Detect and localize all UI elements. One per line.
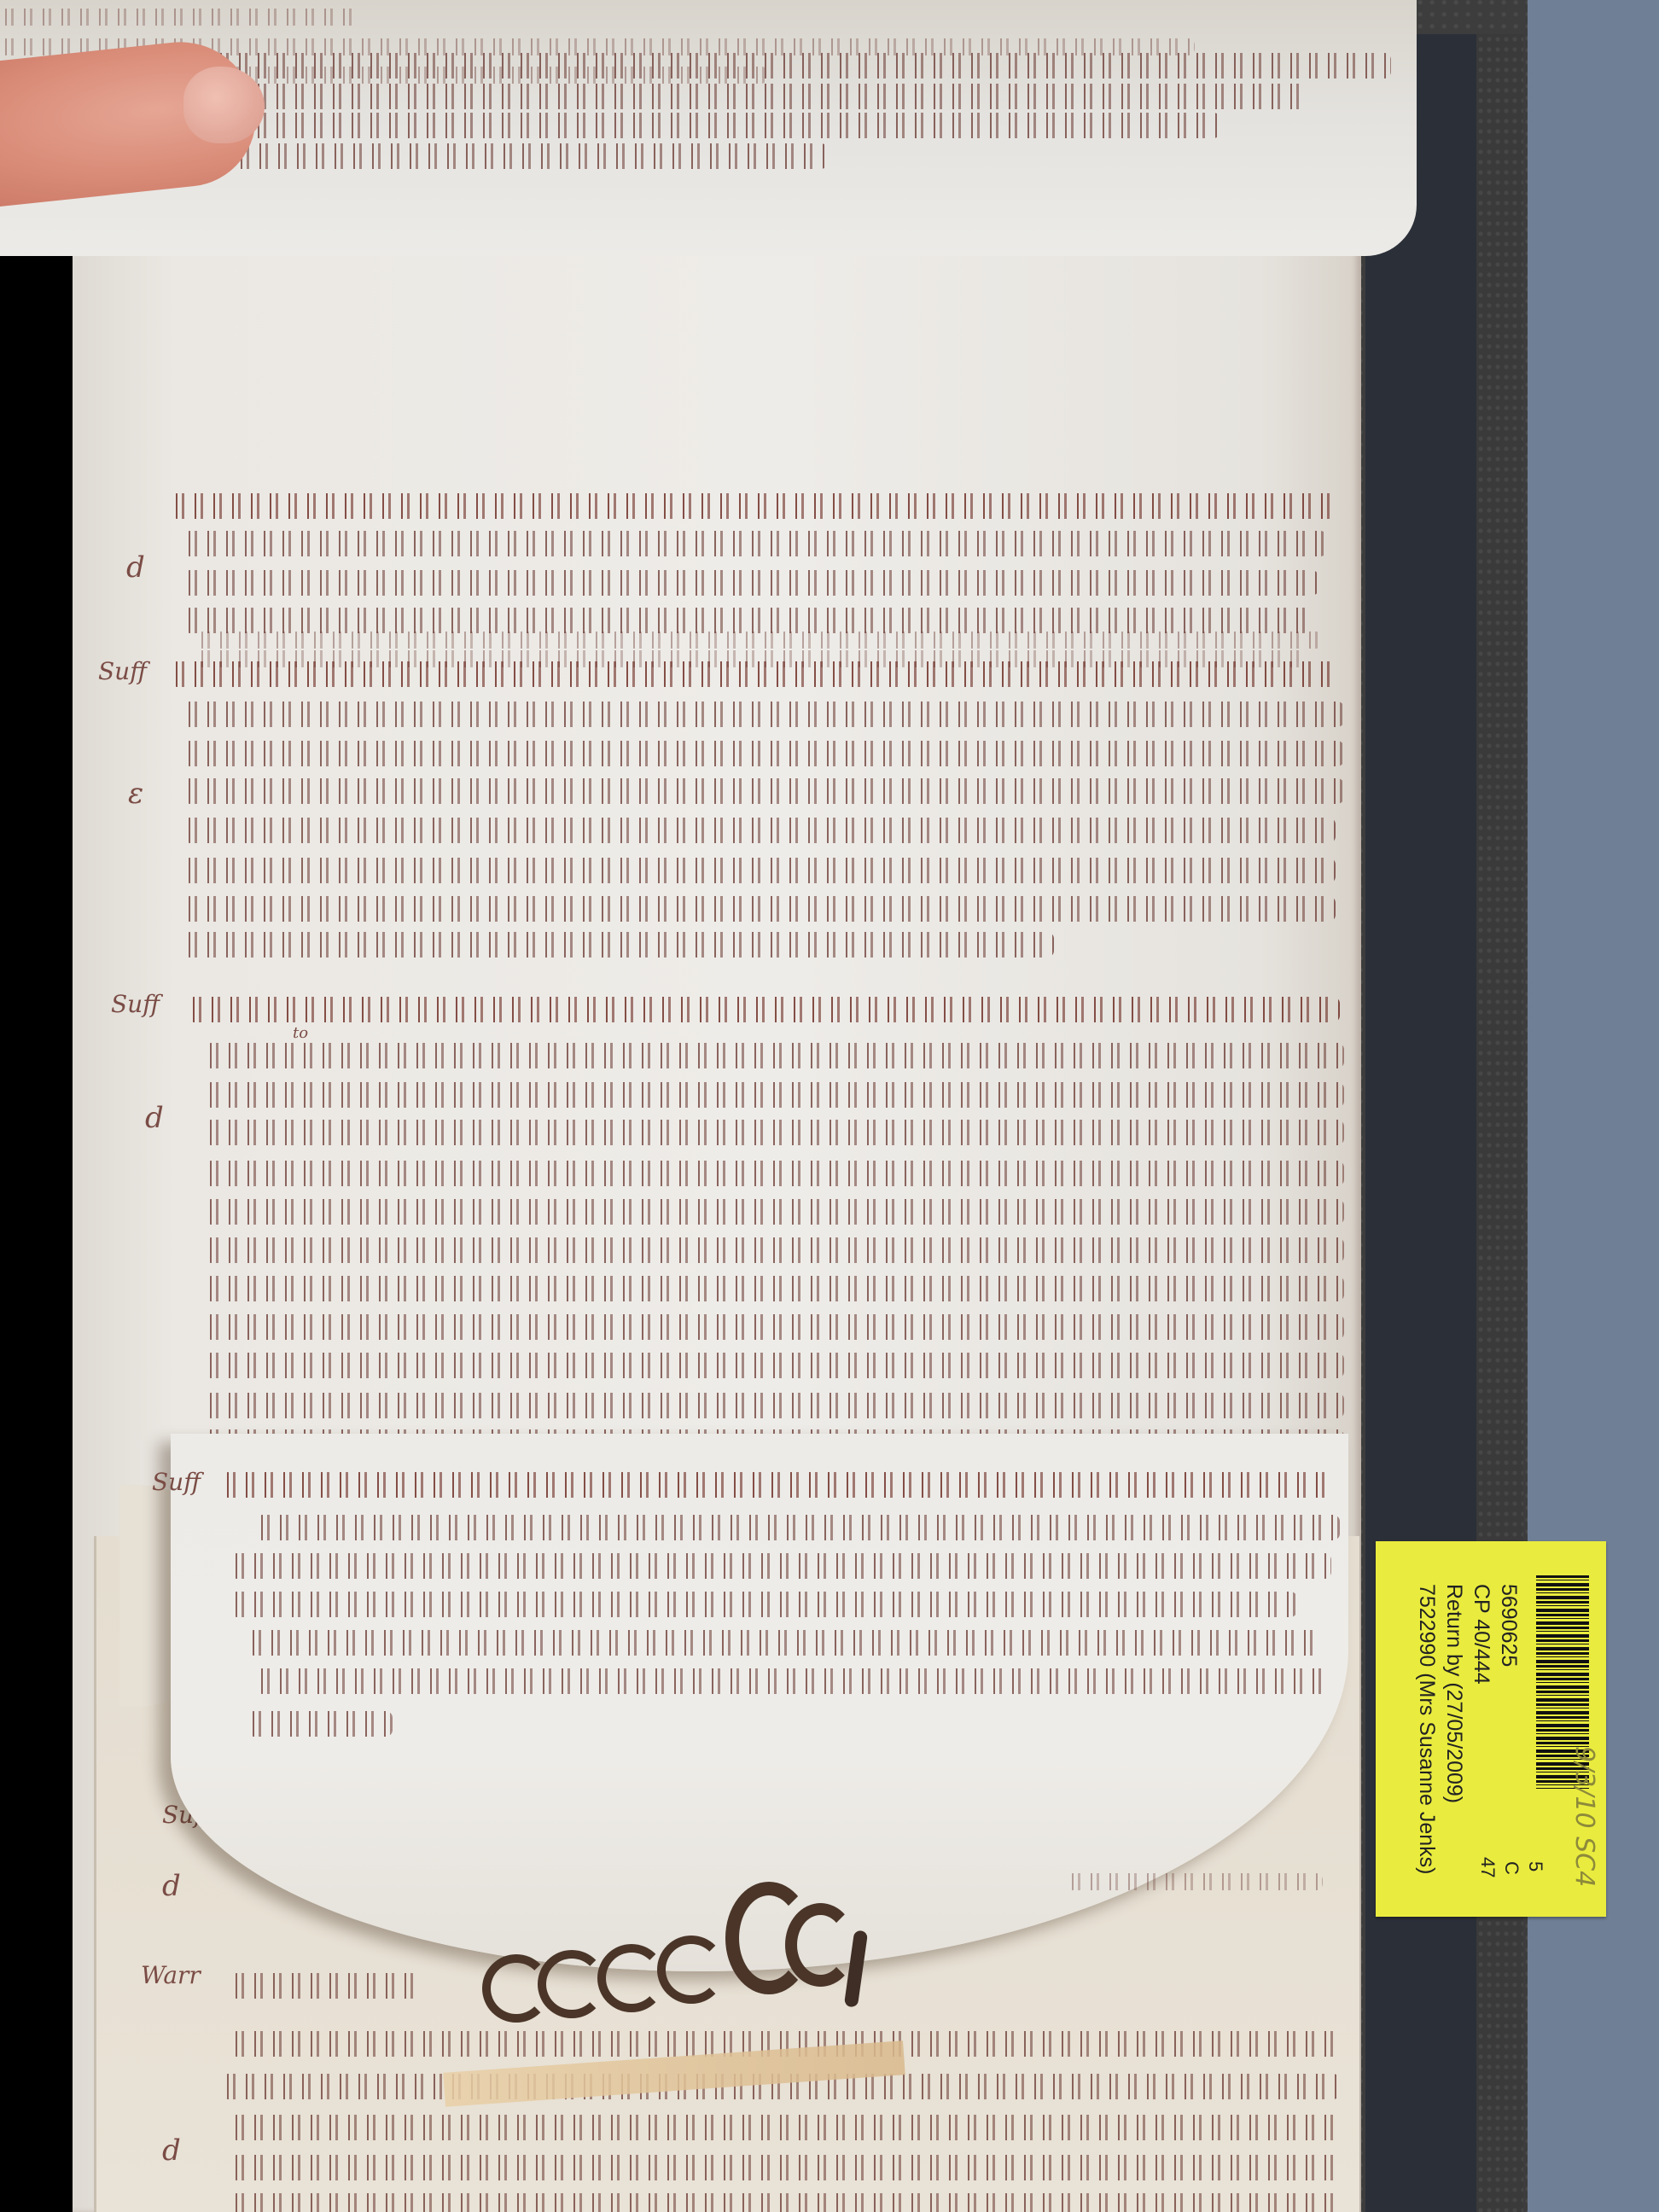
script-line <box>205 1353 1344 1378</box>
margin-mark: d <box>126 550 145 585</box>
script-line <box>183 570 1318 596</box>
slip-barcode-number: 5690625 <box>1496 1584 1521 1667</box>
script-line <box>196 84 1306 109</box>
script-line <box>183 818 1336 843</box>
script-line <box>171 661 1340 687</box>
interlinear-note: to <box>293 1024 308 1042</box>
slip-code-1: 5 <box>1524 1861 1546 1871</box>
large-ink-mark <box>657 1935 725 2004</box>
margin-mark: ε <box>128 777 143 811</box>
script-line <box>196 113 1220 138</box>
script-line <box>188 997 1340 1022</box>
script-line <box>230 1553 1331 1579</box>
margin-note-suff: Suff <box>98 657 147 685</box>
large-ink-mark <box>538 1950 606 2018</box>
thumbnail <box>183 67 265 143</box>
slip-code-3: 47 <box>1476 1857 1499 1877</box>
script-line <box>222 1472 1331 1498</box>
script-line <box>0 9 358 26</box>
script-line <box>256 1515 1340 1540</box>
script-line <box>230 1592 1297 1617</box>
script-line <box>247 1711 393 1737</box>
script-line <box>183 858 1336 883</box>
archive-slip: 5690625 CP 40/444 Return by (27/05/2009)… <box>1376 1541 1606 1917</box>
script-line <box>183 896 1336 922</box>
large-ink-mark <box>597 1944 666 2012</box>
script-line <box>205 1314 1344 1340</box>
script-line <box>205 1393 1344 1418</box>
margin-note-warr: Warr <box>141 1961 201 1989</box>
archive-slip-content: 5690625 CP 40/444 Return by (27/05/2009)… <box>1376 1541 1606 1917</box>
script-line <box>205 1043 1344 1068</box>
script-line <box>205 1082 1344 1108</box>
script-line <box>256 1668 1331 1694</box>
script-line <box>205 1199 1344 1225</box>
slip-reader: 7522990 (Mrs Susanne Jenks) <box>1414 1584 1439 1874</box>
script-line <box>183 741 1344 766</box>
slip-code-2: C <box>1500 1861 1522 1875</box>
script-line <box>230 2193 1340 2212</box>
slip-return-by: Return by (27/05/2009) <box>1441 1584 1466 1803</box>
margin-note-suff: Suff <box>152 1468 201 1496</box>
script-line <box>183 531 1327 556</box>
script-line-interlinear <box>196 632 1323 649</box>
script-line <box>205 1120 1344 1145</box>
slip-handwritten-note: 9/3/10 SC4 <box>1569 1746 1599 1887</box>
script-line <box>230 2115 1340 2140</box>
script-line <box>196 53 1391 79</box>
margin-note-suff: Suff <box>111 990 160 1018</box>
script-line <box>183 608 1310 633</box>
script-line <box>247 1630 1323 1656</box>
script-line <box>171 493 1340 519</box>
script-line <box>230 1973 418 1999</box>
script-line <box>183 932 1054 958</box>
script-line <box>183 701 1344 727</box>
script-line <box>205 1161 1344 1186</box>
script-line <box>230 2155 1340 2180</box>
margin-mark: d <box>145 1101 164 1135</box>
script-line <box>183 778 1344 804</box>
large-ink-mark <box>785 1903 856 1987</box>
margin-mark: d <box>162 1869 181 1903</box>
script-line <box>205 1276 1344 1301</box>
slip-reference: CP 40/444 <box>1469 1584 1493 1685</box>
script-line-faint <box>1067 1873 1323 1890</box>
script-line <box>205 1237 1344 1263</box>
script-line <box>179 143 828 169</box>
margin-mark: d <box>162 2133 181 2168</box>
